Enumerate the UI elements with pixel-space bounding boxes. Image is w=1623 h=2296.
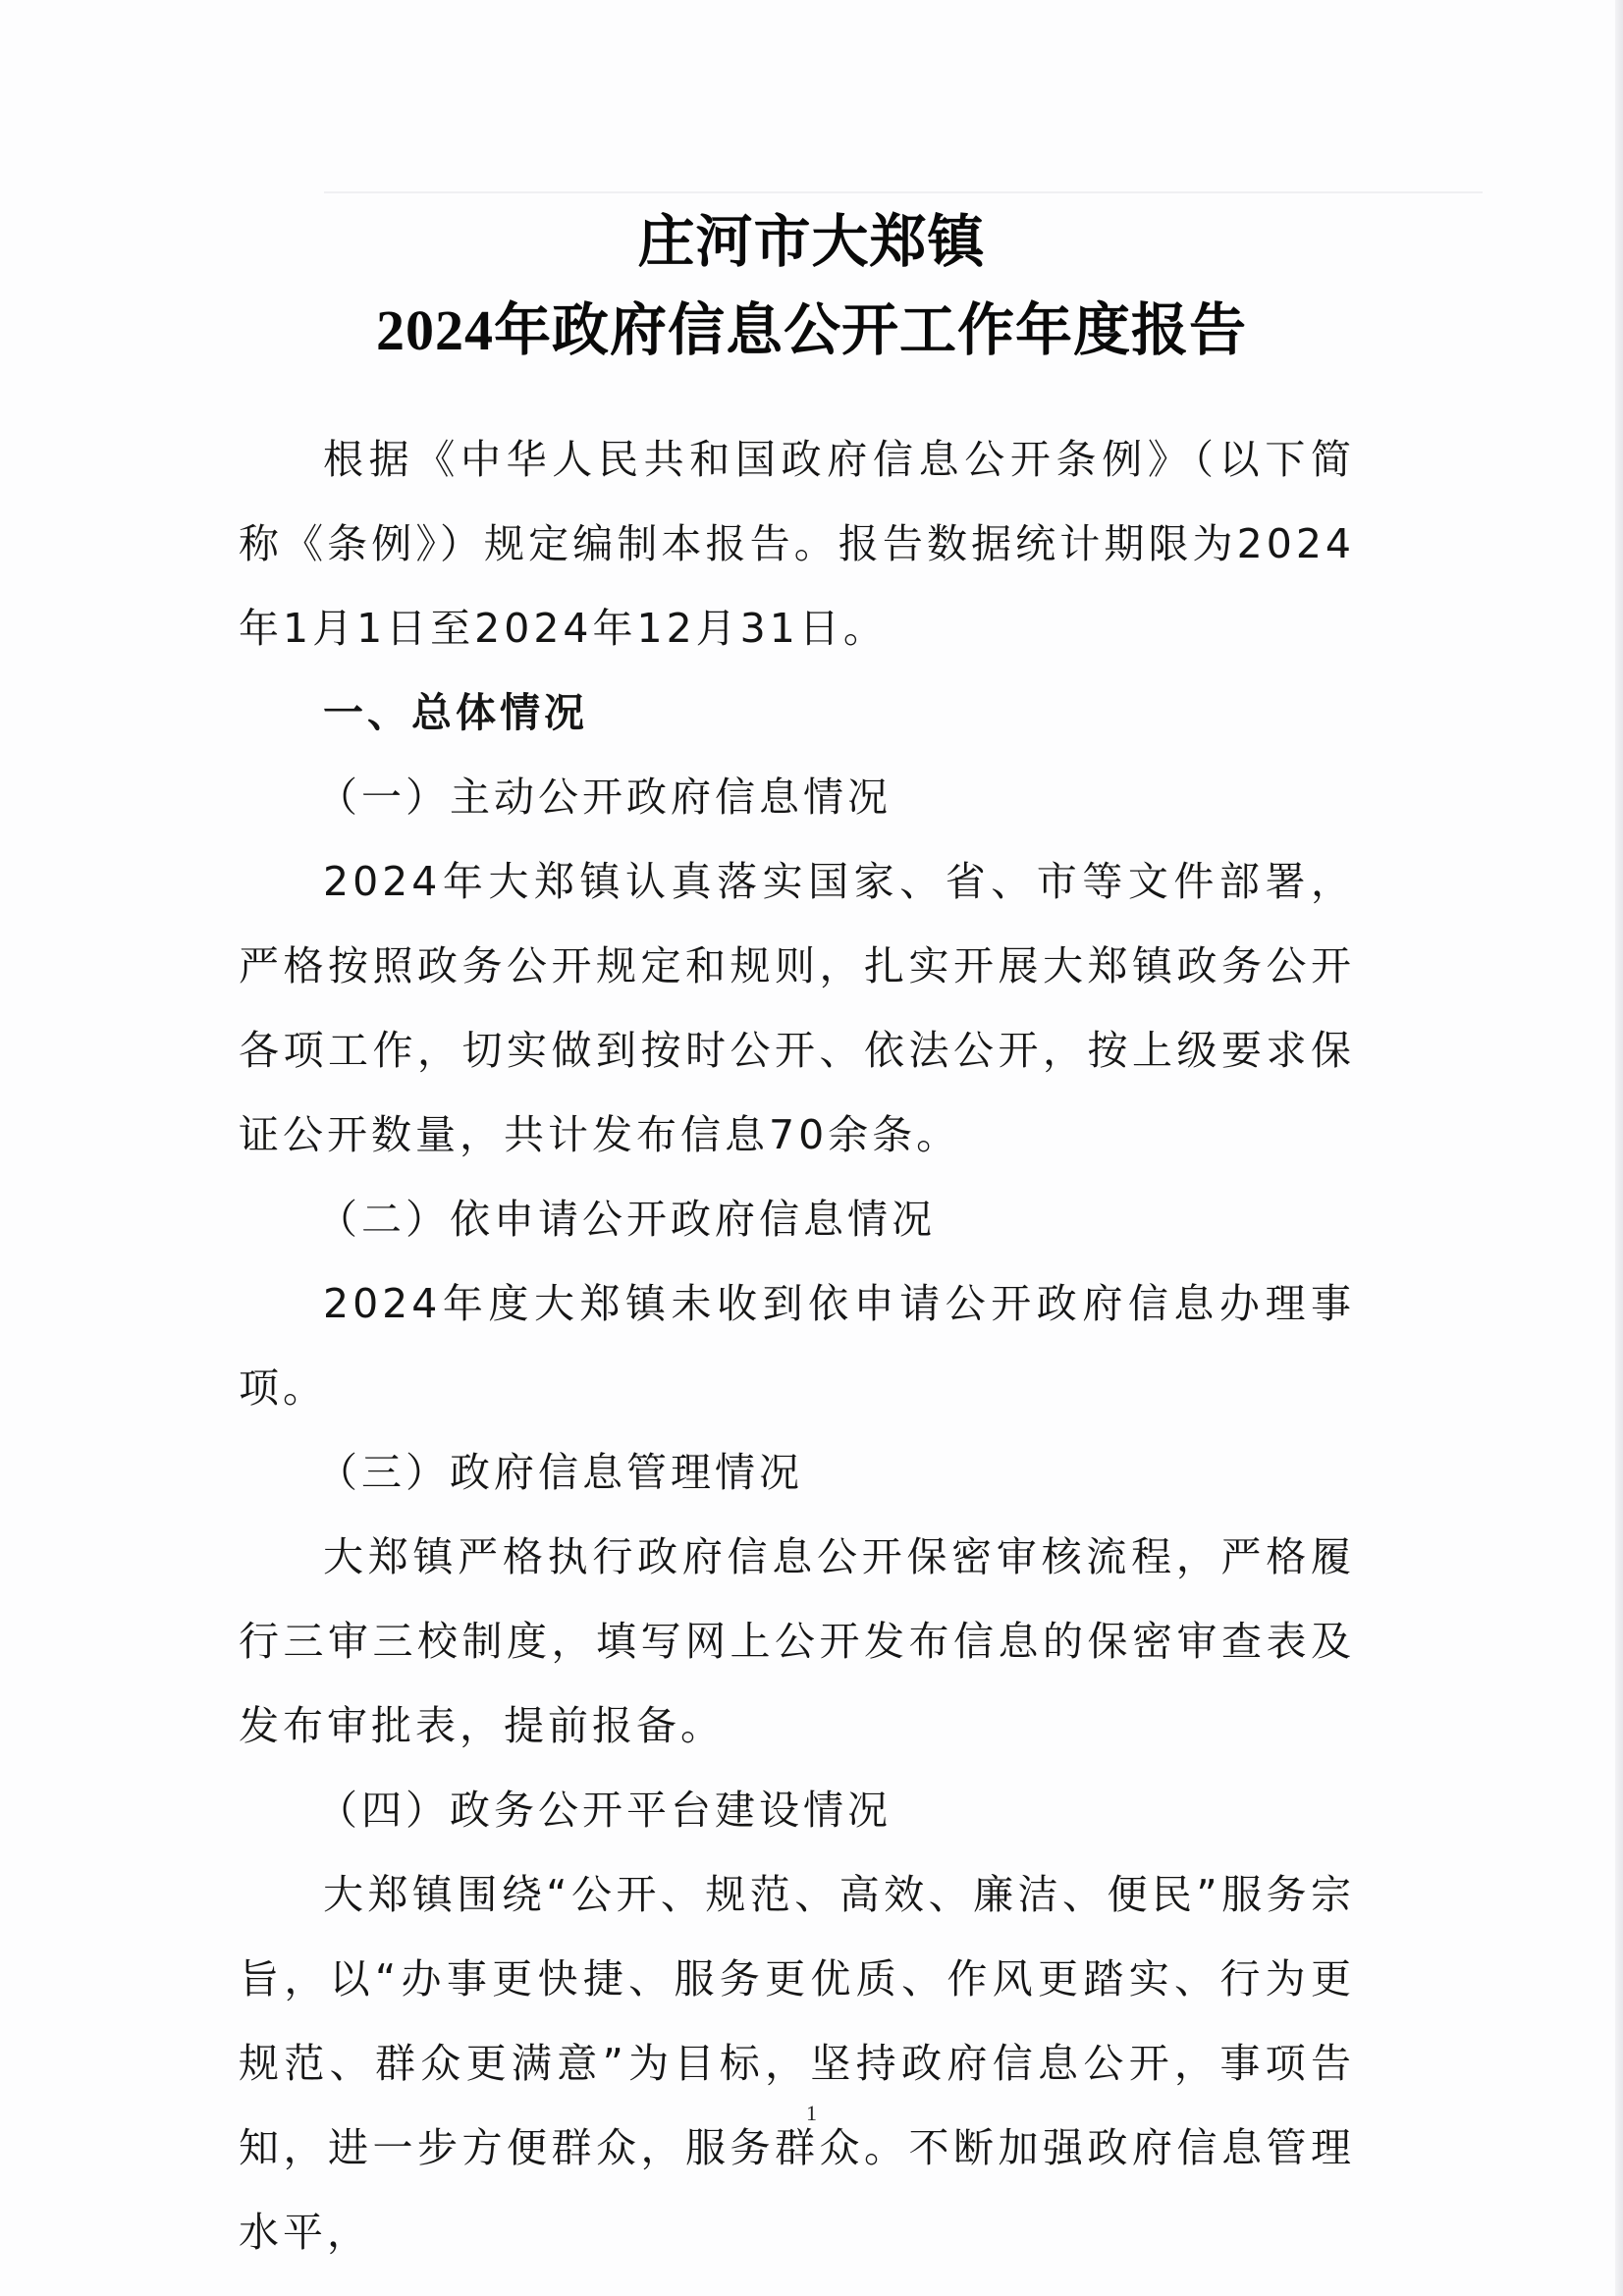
paragraph-platform-construction: 大郑镇围绕“公开、规范、高效、廉洁、便民”服务宗旨，以“办事更快捷、服务更优质、…	[239, 1852, 1355, 2274]
paragraph-info-management: 大郑镇严格执行政府信息公开保密审核流程，严格履行三审三校制度，填写网上公开发布信…	[239, 1515, 1355, 1768]
document-title-line-2: 2024年政府信息公开工作年度报告	[0, 302, 1623, 359]
document-page: 庄河市大郑镇 2024年政府信息公开工作年度报告 根据《中华人民共和国政府信息公…	[0, 0, 1623, 2296]
intro-paragraph: 根据《中华人民共和国政府信息公开条例》（以下简称《条例》）规定编制本报告。报告数…	[239, 417, 1355, 670]
section-heading-overview: 一、总体情况	[239, 670, 1355, 755]
document-title-line-1: 庄河市大郑镇	[0, 214, 1623, 271]
page-number: 1	[0, 2101, 1623, 2126]
paragraph-request-disclosure: 2024年度大郑镇未收到依申请公开政府信息办理事项。	[239, 1261, 1355, 1430]
subsection-heading-info-management: （三）政府信息管理情况	[239, 1430, 1355, 1515]
scan-artifact-line	[324, 191, 1483, 193]
document-body: 根据《中华人民共和国政府信息公开条例》（以下简称《条例》）规定编制本报告。报告数…	[239, 417, 1355, 2274]
subsection-heading-platform-construction: （四）政务公开平台建设情况	[239, 1768, 1355, 1852]
paragraph-proactive-disclosure: 2024年大郑镇认真落实国家、省、市等文件部署，严格按照政务公开规定和规则，扎实…	[239, 839, 1355, 1177]
subsection-heading-request-disclosure: （二）依申请公开政府信息情况	[239, 1177, 1355, 1261]
subsection-heading-proactive-disclosure: （一）主动公开政府信息情况	[239, 755, 1355, 839]
